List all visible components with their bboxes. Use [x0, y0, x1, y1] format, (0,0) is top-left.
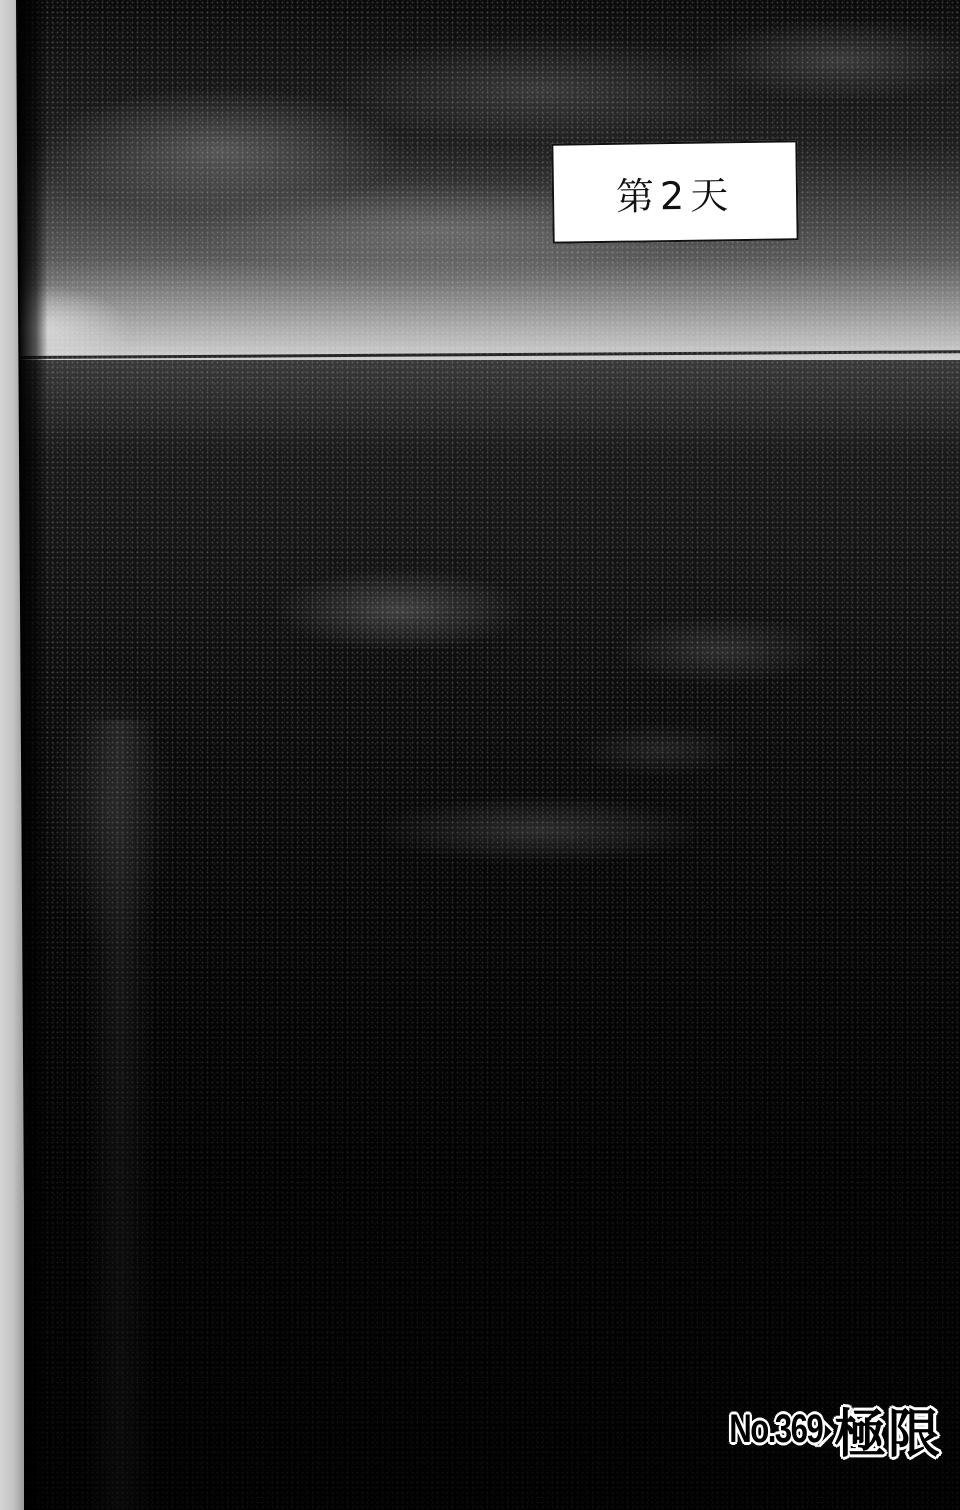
manga-page: 第2天 No.369 ◆ 極限 [0, 0, 960, 1510]
chapter-number: No.369 [729, 1407, 822, 1452]
caption-text: 第2天 [616, 164, 735, 221]
chapter-title: No.369 ◆ 極限 [703, 1392, 942, 1467]
sea-light-band [85, 720, 155, 1510]
sea-background [20, 360, 960, 1510]
chapter-name: 極限 [834, 1392, 942, 1467]
caption-box: 第2天 [551, 140, 798, 243]
